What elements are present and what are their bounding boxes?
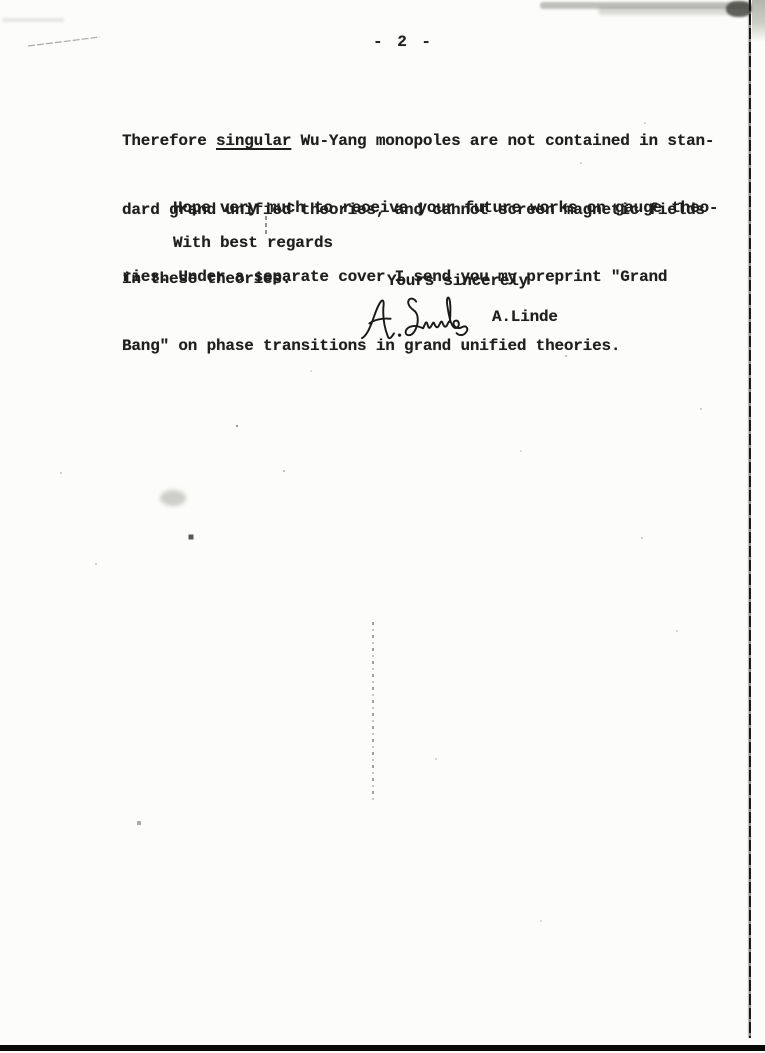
scan-artifact-smudge <box>160 490 186 506</box>
signature-handwritten <box>357 290 473 346</box>
text-segment: Wu-Yang monopoles are not contained in s… <box>291 132 714 150</box>
scan-artifact-right-edge-line <box>749 0 751 1038</box>
scan-artifact-top-smudge-band-2 <box>598 7 750 15</box>
scan-artifact-corner-strip <box>752 0 765 42</box>
pencil-mark <box>25 33 105 51</box>
scan-artifact-top-smudge-band <box>540 2 752 9</box>
scan-artifact-corner-blob <box>726 1 752 17</box>
page-number: - 2 - <box>373 31 434 54</box>
salutation-line: Yours sincerely <box>387 270 528 293</box>
body-line: Therefore singular Wu-Yang monopoles are… <box>122 130 714 153</box>
scan-artifact-bottom-bar <box>0 1045 765 1051</box>
text-segment: Therefore <box>122 132 216 150</box>
scan-artifact-top-left-streak <box>2 18 64 22</box>
letter-page: - 2 - Therefore singular Wu-Yang monopol… <box>0 0 765 1053</box>
regards-line: With best regards <box>122 232 333 255</box>
scan-artifact-fold-line <box>372 622 374 804</box>
body-line: Hope very much to receive your future wo… <box>122 197 718 220</box>
scan-artifact-specks <box>0 0 2 2</box>
underlined-word: singular <box>216 132 291 150</box>
typed-signature-name: A.Linde <box>492 306 558 329</box>
